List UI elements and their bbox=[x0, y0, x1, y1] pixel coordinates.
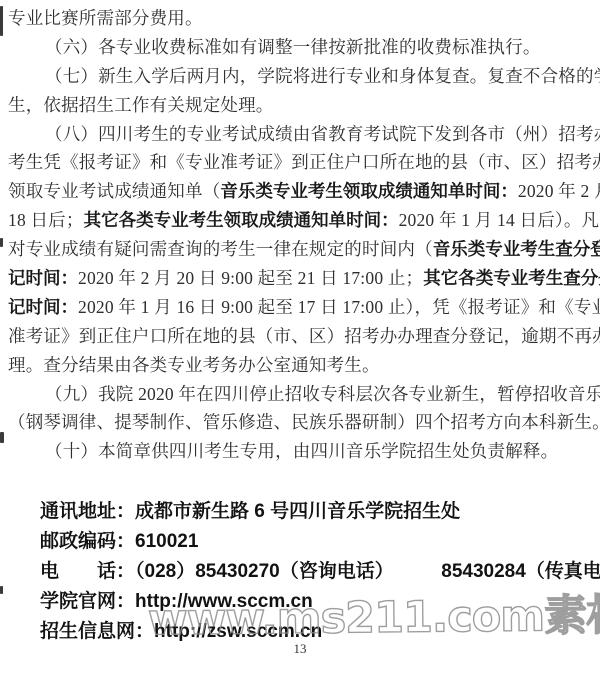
contact-line: 邮政编码：610021 bbox=[40, 527, 590, 557]
body-text: （九）我院 2020 年在四川停止招收专科层次各专业新生，暂停招收音乐学 bbox=[45, 384, 600, 404]
contact-label: 电 话： bbox=[40, 561, 135, 582]
text-line: 准考证》到正住户口所在地的县（市、区）招考办办理查分登记，逾期不再办 bbox=[8, 322, 594, 351]
scan-artifact bbox=[0, 586, 3, 594]
text-line: 专业比赛所需部分费用。 bbox=[8, 4, 594, 33]
text-line: 对专业成绩有疑问需查询的考生一律在规定的时间内（音乐类专业考生查分登 bbox=[8, 235, 594, 264]
body-text: （八）四川考生的专业考试成绩由省教育考试院下发到各市（州）招考办， bbox=[45, 124, 600, 144]
scan-artifact bbox=[0, 6, 3, 36]
body-text: （十）本简章供四川考生专用，由四川音乐学院招生处负责解释。 bbox=[45, 441, 558, 461]
contact-label: 学院官网： bbox=[40, 591, 135, 612]
emphasis-text: 其它各类专业考生领取成绩通知单时间： bbox=[84, 210, 399, 230]
text-line: 领取专业考试成绩通知单（音乐类专业考生领取成绩通知单时间：2020 年 2 月 bbox=[8, 177, 594, 206]
contact-line: 通讯地址：成都市新生路 6 号四川音乐学院招生处 bbox=[40, 497, 590, 527]
contact-value: http://zsw.sccm.cn bbox=[154, 621, 322, 642]
body-text: 理。查分结果由各类专业考务办公室通知考生。 bbox=[8, 355, 380, 375]
text-line: 记时间：2020 年 2 月 20 日 9:00 起至 21 日 17:00 止… bbox=[8, 264, 594, 293]
contact-label: 邮政编码： bbox=[40, 531, 135, 552]
contact-value: 成都市新生路 6 号四川音乐学院招生处 bbox=[135, 501, 460, 522]
contact-line: 电 话：（028）85430270（咨询电话） 85430284（传真电话） bbox=[40, 557, 590, 587]
contact-line: 学院官网：http://www.sccm.cn bbox=[40, 587, 590, 617]
contact-value: http://www.sccm.cn bbox=[135, 591, 313, 612]
document-body: 专业比赛所需部分费用。（六）各专业收费标准如有调整一律按新批准的收费标准执行。（… bbox=[8, 4, 594, 466]
body-text: （六）各专业收费标准如有调整一律按新批准的收费标准执行。 bbox=[45, 37, 541, 57]
body-text: 2020 年 1 月 14 日后）。凡 bbox=[399, 210, 600, 230]
emphasis-text: 音乐类专业考生查分登 bbox=[433, 239, 600, 259]
emphasis-text: 音乐类专业考生领取成绩通知单时间： bbox=[220, 181, 518, 201]
text-line: 18 日后；其它各类专业考生领取成绩通知单时间：2020 年 1 月 14 日后… bbox=[8, 206, 594, 235]
emphasis-text: 其它各类专业考生查分登 bbox=[423, 268, 600, 288]
contact-label: 招生信息网： bbox=[40, 621, 154, 642]
text-line: 记时间：2020 年 1 月 16 日 9:00 起至 17 日 17:00 止… bbox=[8, 293, 594, 322]
contact-value: （028）85430270（咨询电话） 85430284（传真电话） bbox=[135, 561, 600, 582]
text-line: 考生凭《报考证》和《专业准考证》到正住户口所在地的县（市、区）招考办 bbox=[8, 148, 594, 177]
body-text: 领取专业考试成绩通知单（ bbox=[8, 181, 220, 201]
scan-artifact bbox=[0, 238, 3, 247]
text-line: （钢琴调律、提琴制作、管乐修造、民族乐器研制）四个招考方向本科新生。 bbox=[8, 408, 594, 437]
text-line: （八）四川考生的专业考试成绩由省教育考试院下发到各市（州）招考办， bbox=[8, 120, 594, 149]
text-line: （十）本简章供四川考生专用，由四川音乐学院招生处负责解释。 bbox=[8, 437, 594, 466]
contact-block: 通讯地址：成都市新生路 6 号四川音乐学院招生处邮政编码：610021电 话：（… bbox=[40, 497, 590, 647]
body-text: 专业比赛所需部分费用。 bbox=[8, 8, 203, 28]
text-line: 生，依据招生工作有关规定处理。 bbox=[8, 91, 594, 120]
body-text: （七）新生入学后两月内，学院将进行专业和身体复查。复查不合格的学 bbox=[45, 66, 600, 86]
text-line: （九）我院 2020 年在四川停止招收专科层次各专业新生，暂停招收音乐学 bbox=[8, 380, 594, 409]
scan-artifact bbox=[0, 432, 4, 443]
body-text: 考生凭《报考证》和《专业准考证》到正住户口所在地的县（市、区）招考办 bbox=[8, 152, 600, 172]
body-text: 生，依据招生工作有关规定处理。 bbox=[8, 95, 274, 115]
body-text: 18 日后； bbox=[8, 210, 84, 230]
contact-value: 610021 bbox=[135, 531, 198, 552]
body-text: 2020 年 2 月 20 日 9:00 起至 21 日 17:00 止； bbox=[78, 268, 423, 288]
text-line: 理。查分结果由各类专业考务办公室通知考生。 bbox=[8, 351, 594, 380]
page-number: 13 bbox=[0, 641, 600, 657]
contact-label: 通讯地址： bbox=[40, 501, 135, 522]
text-line: （七）新生入学后两月内，学院将进行专业和身体复查。复查不合格的学 bbox=[8, 62, 594, 91]
body-text: 准考证》到正住户口所在地的县（市、区）招考办办理查分登记，逾期不再办 bbox=[8, 326, 600, 346]
text-line: （六）各专业收费标准如有调整一律按新批准的收费标准执行。 bbox=[8, 33, 594, 62]
body-text: 对专业成绩有疑问需查询的考生一律在规定的时间内（ bbox=[8, 239, 433, 259]
document-page: 专业比赛所需部分费用。（六）各专业收费标准如有调整一律按新批准的收费标准执行。（… bbox=[0, 0, 600, 679]
body-text: （钢琴调律、提琴制作、管乐修造、民族乐器研制）四个招考方向本科新生。 bbox=[8, 412, 600, 432]
emphasis-text: 记时间： bbox=[8, 297, 78, 317]
emphasis-text: 记时间： bbox=[8, 268, 78, 288]
body-text: 2020 年 2 月 bbox=[518, 181, 600, 201]
body-text: 2020 年 1 月 16 日 9:00 起至 17 日 17:00 止），凭《… bbox=[78, 297, 600, 317]
